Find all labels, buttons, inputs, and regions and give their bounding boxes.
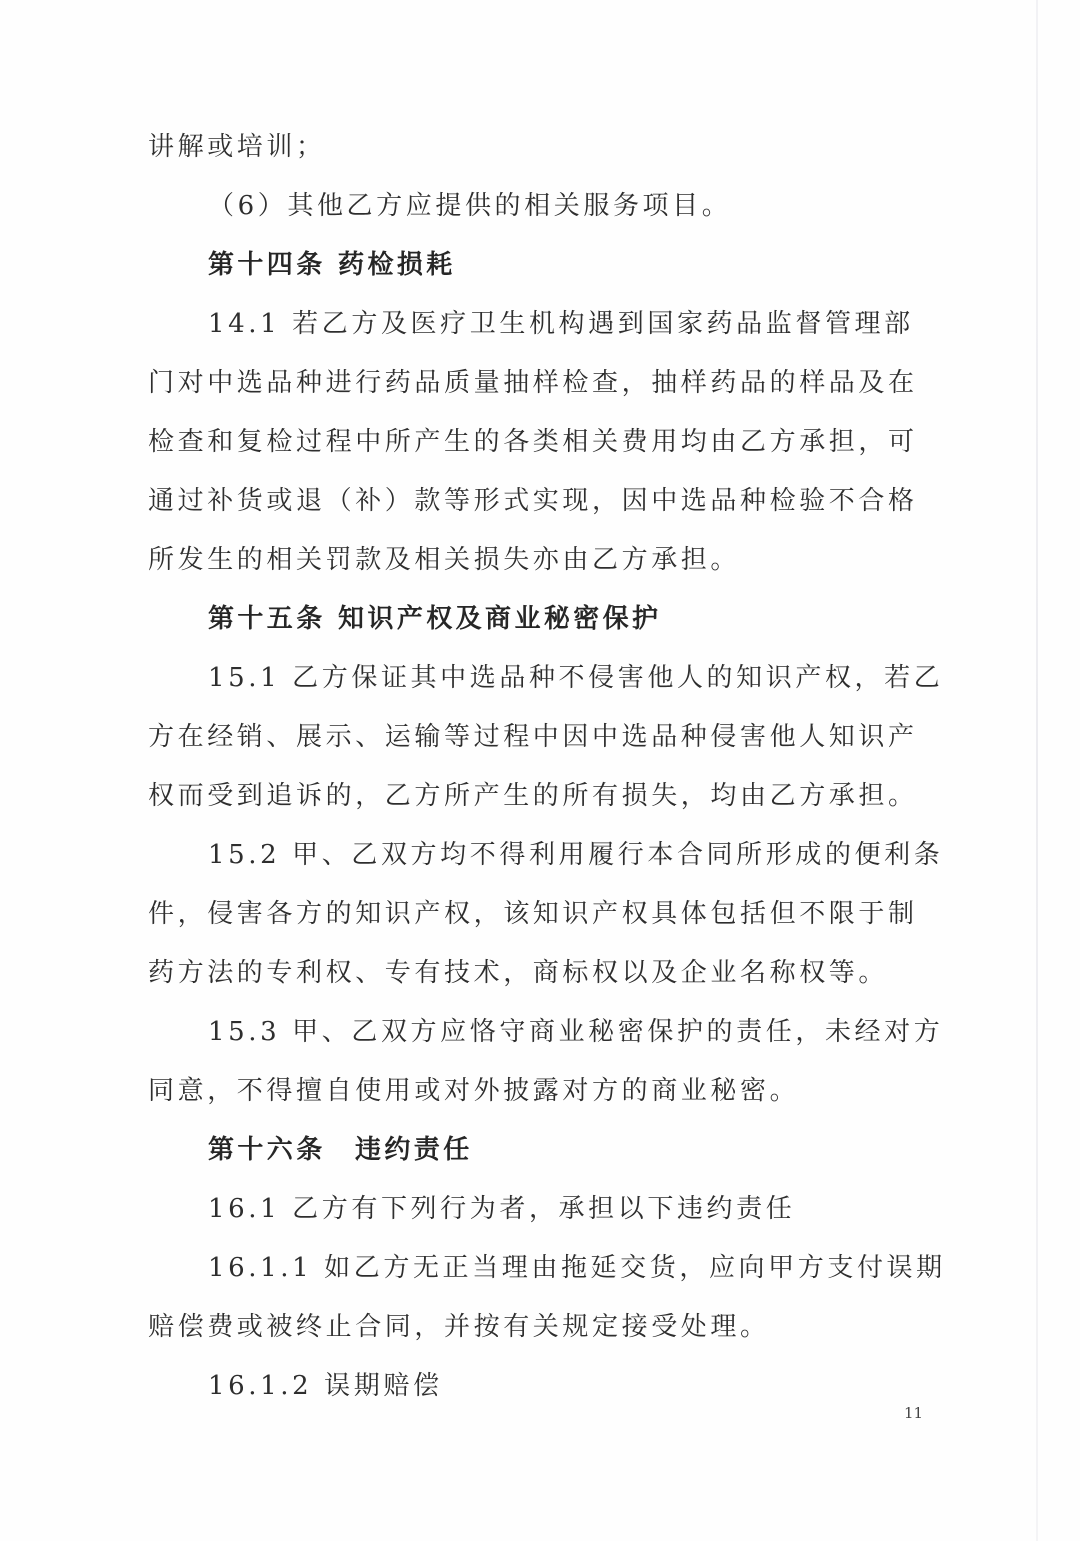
text-line-continuation: 方在经销、展示、运输等过程中因中选品种侵害他人知识产 <box>148 708 928 767</box>
clause-14-1: 14.1 若乙方及医疗卫生机构遇到国家药品监督管理部 <box>148 295 928 354</box>
article-16-heading: 第十六条 违约责任 <box>148 1121 928 1180</box>
page-number: 11 <box>904 1404 923 1422</box>
text-line-continuation: 门对中选品种进行药品质量抽样检查，抽样药品的样品及在 <box>148 354 928 413</box>
text-line-continuation: 检查和复检过程中所产生的各类相关费用均由乙方承担，可 <box>148 413 928 472</box>
clause-16-1-1: 16.1.1 如乙方无正当理由拖延交货，应向甲方支付误期 <box>148 1239 928 1298</box>
text-line-continuation: 药方法的专利权、专有技术，商标权以及企业名称权等。 <box>148 944 928 1003</box>
clause-15-3: 15.3 甲、乙双方应恪守商业秘密保护的责任，未经对方 <box>148 1003 928 1062</box>
text-line-continuation: 赔偿费或被终止合同，并按有关规定接受处理。 <box>148 1298 928 1357</box>
text-line-continuation: 通过补货或退（补）款等形式实现，因中选品种检验不合格 <box>148 472 928 531</box>
clause-15-1: 15.1 乙方保证其中选品种不侵害他人的知识产权，若乙 <box>148 649 928 708</box>
article-14-heading: 第十四条 药检损耗 <box>148 236 928 295</box>
document-page: 讲解或培训； （6）其他乙方应提供的相关服务项目。 第十四条 药检损耗 14.1… <box>0 0 1080 1541</box>
clause-15-2: 15.2 甲、乙双方均不得利用履行本合同所形成的便利条 <box>148 826 928 885</box>
text-line-continuation: 权而受到追诉的，乙方所产生的所有损失，均由乙方承担。 <box>148 767 928 826</box>
text-line-continuation: 讲解或培训； <box>148 118 928 177</box>
clause-16-1-2: 16.1.2 误期赔偿 <box>148 1357 928 1416</box>
list-item-6: （6）其他乙方应提供的相关服务项目。 <box>148 177 928 236</box>
document-body: 讲解或培训； （6）其他乙方应提供的相关服务项目。 第十四条 药检损耗 14.1… <box>148 118 928 1416</box>
page-edge-shadow <box>1036 0 1038 1541</box>
article-15-heading: 第十五条 知识产权及商业秘密保护 <box>148 590 928 649</box>
text-line-continuation: 件，侵害各方的知识产权，该知识产权具体包括但不限于制 <box>148 885 928 944</box>
text-line-continuation: 同意，不得擅自使用或对外披露对方的商业秘密。 <box>148 1062 928 1121</box>
text-line-continuation: 所发生的相关罚款及相关损失亦由乙方承担。 <box>148 531 928 590</box>
clause-16-1: 16.1 乙方有下列行为者，承担以下违约责任 <box>148 1180 928 1239</box>
